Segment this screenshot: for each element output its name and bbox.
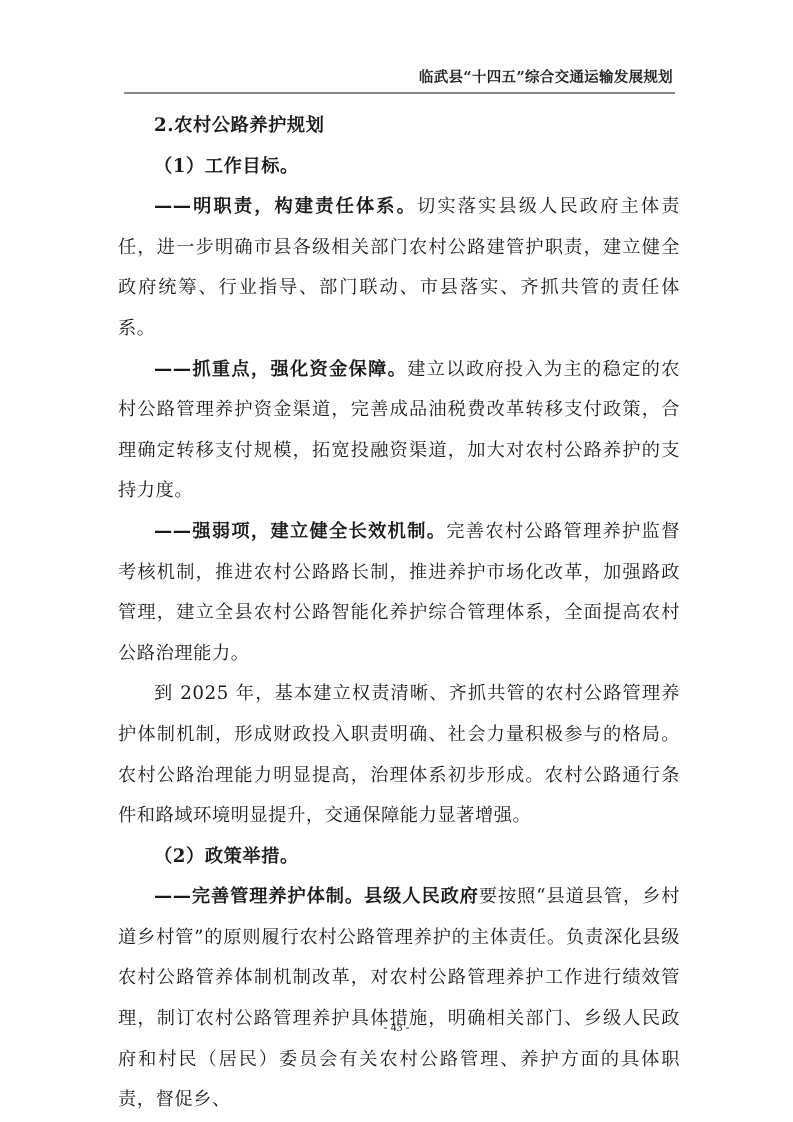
header-divider [124, 92, 675, 94]
paragraph-2025-target: 到 2025 年，基本建立权责清晰、齐抓共管的农村公路管理养护体制机制，形成财政… [118, 674, 680, 836]
paragraph-lead: ——完善管理养护体制。县级人民政府 [154, 886, 479, 907]
subsection-heading-goals: （1）工作目标。 [118, 147, 680, 188]
running-header-title: 临武县“十四五”综合交通运输发展规划 [419, 66, 673, 87]
paragraph-text: 完善农村公路管理养护监督考核机制，推进农村公路路长制，推进养护市场化改革，加强路… [118, 521, 680, 664]
paragraph-mechanism: ——强弱项，建立健全长效机制。完善农村公路管理养护监督考核机制，推进农村公路路长… [118, 512, 680, 674]
page-number: - 43 - [0, 1020, 793, 1035]
paragraph-text: 到 2025 年，基本建立权责清晰、齐抓共管的农村公路管理养护体制机制，形成财政… [118, 683, 680, 826]
paragraph-management-system: ——完善管理养护体制。县级人民政府要按照“县道县管，乡村道乡村管”的原则履行农村… [118, 877, 680, 1121]
paragraph-lead: ——强弱项，建立健全长效机制。 [154, 521, 446, 542]
paragraph-funding: ——抓重点，强化资金保障。建立以政府投入为主的稳定的农村公路管理养护资金渠道，完… [118, 350, 680, 512]
subsection-heading-measures: （2）政策举措。 [118, 837, 680, 878]
paragraph-lead: ——抓重点，强化资金保障。 [154, 359, 407, 380]
paragraph-lead: ——明职责，构建责任体系。 [154, 196, 417, 217]
paragraph-text: 要按照“县道县管，乡村道乡村管”的原则履行农村公路管理养护的主体责任。负责深化县… [118, 886, 680, 1110]
page-body: 2.农村公路养护规划 （1）工作目标。 ——明职责，构建责任体系。切实落实县级人… [118, 106, 680, 1121]
section-heading: 2.农村公路养护规划 [118, 106, 680, 147]
paragraph-text: 切实落实县级人民政府主体责任，进一步明确市县各级相关部门农村公路建管护职责，建立… [118, 196, 680, 339]
paragraph-responsibility: ——明职责，构建责任体系。切实落实县级人民政府主体责任，进一步明确市县各级相关部… [118, 187, 680, 349]
